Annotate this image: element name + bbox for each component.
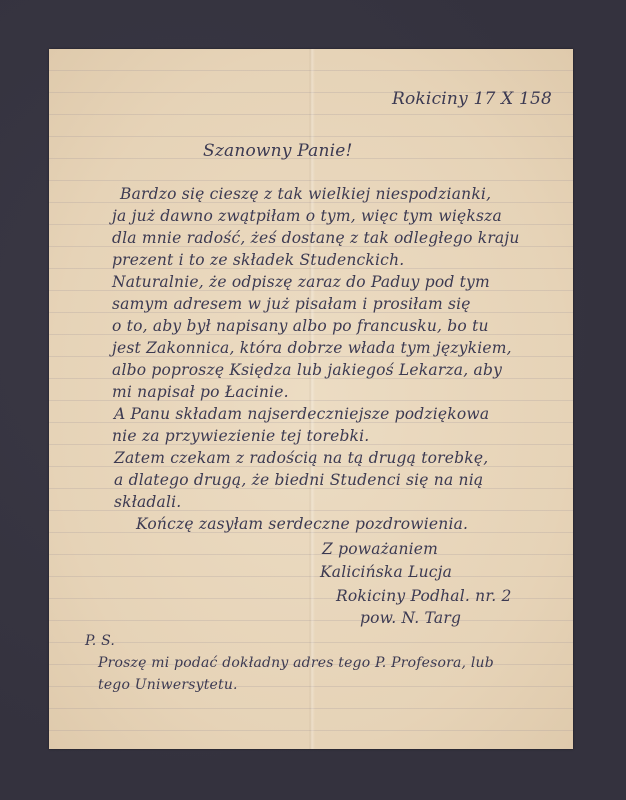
body-line: albo poproszę Księdza lub jakiegoś Lekar… xyxy=(112,359,502,381)
body-line: Bardzo się cieszę z tak wielkiej niespod… xyxy=(120,183,491,205)
body-line: dla mnie radość, żeś dostanę z tak odleg… xyxy=(112,227,520,249)
signature-name: Kalicińska Lucja xyxy=(320,561,452,583)
body-line: o to, aby był napisany albo po francusku… xyxy=(112,315,489,337)
postscript-label: P. S. xyxy=(85,630,115,652)
place-date: Rokiciny 17 X 158 xyxy=(392,88,552,110)
body-line: jest Zakonnica, która dobrze włada tym j… xyxy=(112,337,512,359)
salutation: Szanowny Panie! xyxy=(203,140,353,162)
postscript-line: tego Uniwersytetu. xyxy=(98,674,238,696)
body-line: A Panu składam najserdeczniejsze podzięk… xyxy=(114,403,489,425)
postscript-line: Proszę mi podać dokładny adres tego P. P… xyxy=(98,652,494,674)
body-line: ja już dawno zwątpiłam o tym, więc tym w… xyxy=(112,205,502,227)
body-line: nie za przywiezienie tej torebki. xyxy=(112,425,369,447)
body-line: samym adresem w już pisałam i prosiłam s… xyxy=(112,293,471,315)
signature-address-line1: Rokiciny Podhal. nr. 2 xyxy=(336,585,512,607)
body-line: Zatem czekam z radością na tą drugą tore… xyxy=(114,447,488,469)
body-line: Naturalnie, że odpiszę zaraz do Paduy po… xyxy=(112,271,490,293)
body-line: mi napisał po Łacinie. xyxy=(112,381,289,403)
body-line: prezent i to ze składek Studenckich. xyxy=(112,249,404,271)
body-line: a dlatego drugą, że biedni Studenci się … xyxy=(114,469,483,491)
signature-address-line2: pow. N. Targ xyxy=(360,607,461,629)
valediction: Z poważaniem xyxy=(322,538,438,560)
closing-line: Kończę zasyłam serdeczne pozdrowienia. xyxy=(136,513,468,535)
body-line: składali. xyxy=(114,491,181,513)
